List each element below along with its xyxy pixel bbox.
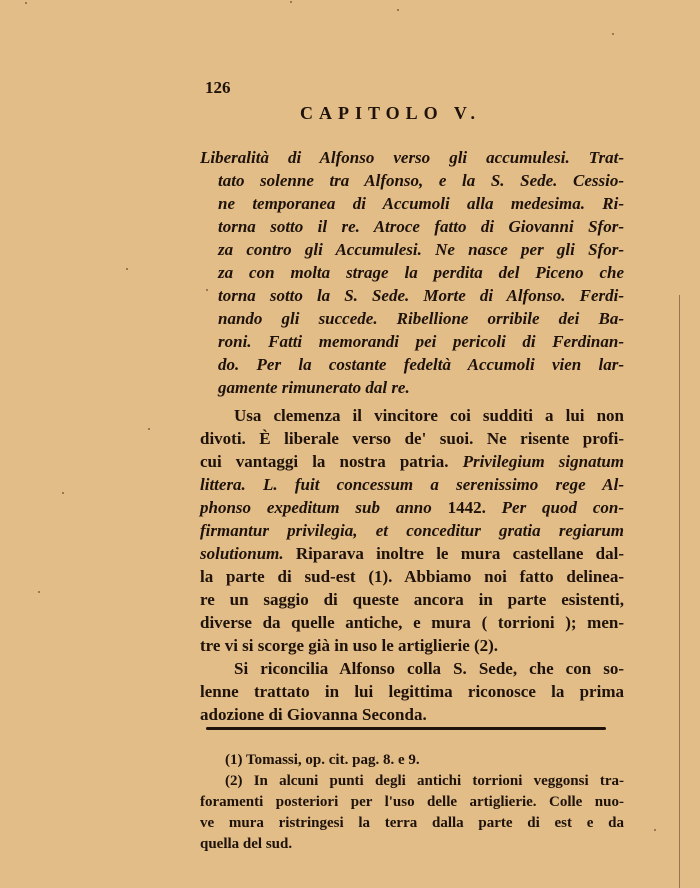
body-line: Usa clemenza il vincitore coi sudditi a … [200,404,624,427]
footnote-line: quella del sud. [200,834,624,855]
chapter-title: CAPITOLO V. [300,103,481,124]
body-line: cui vantaggi la nostra patria. Privilegi… [200,450,624,473]
body-line: adozione di Giovanna Seconda. [200,703,624,726]
footnote-line: (2) In alcuni punti degli antichi torrio… [200,771,624,792]
paragraph-2: Si riconcilia Alfonso colla S. Sede, che… [200,657,624,726]
body-line: tre vi si scorge già in uso le artiglier… [200,634,624,657]
body-line: Si riconcilia Alfonso colla S. Sede, che… [200,657,624,680]
scan-speck [62,492,64,494]
body-line: re un saggio di queste ancora in parte e… [200,588,624,611]
scan-speck [612,33,614,35]
summary-line: gamente rimunerato dal re. [200,376,624,399]
latin-quote: Per quod con- [502,498,624,517]
page-number: 126 [205,78,231,98]
paragraph-1: Usa clemenza il vincitore coi sudditi a … [200,404,624,657]
summary-line: do. Per la costante fedeltà Accumoli vie… [200,353,624,376]
page-edge-shadow [679,295,680,888]
footnote-2: (2) In alcuni punti degli antichi torrio… [200,771,624,855]
summary-line: nando gli succede. Ribellione orribile d… [200,307,624,330]
footnote-separator-rule [206,727,606,730]
body-line: divoti. È liberale verso de' suoi. Ne ri… [200,427,624,450]
summary-line: torna sotto il re. Atroce fatto di Giova… [200,215,624,238]
scan-speck [126,268,128,270]
footnote-line: foramenti posteriori per l'uso delle art… [200,792,624,813]
body-line: phonso expeditum sub anno 1442. Per quod… [200,496,624,519]
latin-quote: Privilegium signatum [463,452,624,471]
chapter-summary: Liberalità di Alfonso verso gli accumule… [200,146,624,399]
footnote-1: (1) Tomassi, op. cit. pag. 8. e 9. [200,750,624,771]
scan-speck [148,428,150,430]
footnote-line: ve mura ristringesi la terra dalla parte… [200,813,624,834]
scan-speck [654,829,656,831]
scan-speck [38,591,40,593]
scan-speck [290,1,292,3]
scan-speck [397,9,399,11]
body-text: Usa clemenza il vincitore coi sudditi a … [200,404,624,726]
body-line: la parte di sud-est (1). Abbiamo noi fat… [200,565,624,588]
roman-text: cui vantaggi la nostra patria. [200,452,449,471]
latin-quote: phonso expeditum sub anno [200,498,432,517]
summary-line: tato solenne tra Alfonso, e la S. Sede. … [200,169,624,192]
body-line: solutionum. Riparava inoltre le mura cas… [200,542,624,565]
scan-speck [25,2,27,4]
latin-quote-line: firmantur privilegia, et conceditur grat… [200,519,624,542]
latin-quote: solutionum. [200,544,284,563]
summary-line: za contro gli Accumulesi. Ne nasce per g… [200,238,624,261]
summary-line: ne temporanea di Accumoli alla medesima.… [200,192,624,215]
summary-line: torna sotto la S. Sede. Morte di Alfonso… [200,284,624,307]
year: 1442. [448,498,486,517]
summary-line: roni. Fatti memorandi pei pericoli di Fe… [200,330,624,353]
footnotes: (1) Tomassi, op. cit. pag. 8. e 9. (2) I… [200,750,624,855]
summary-line: za con molta strage la perdita del Picen… [200,261,624,284]
latin-quote-line: littera. L. fuit concessum a serenissimo… [200,473,624,496]
body-line: diverse da quelle antiche, e mura ( torr… [200,611,624,634]
summary-line: Liberalità di Alfonso verso gli accumule… [200,146,624,169]
roman-text: Riparava inoltre le mura castellane dal- [296,544,624,563]
body-line: lenne trattato in lui legittima riconosc… [200,680,624,703]
